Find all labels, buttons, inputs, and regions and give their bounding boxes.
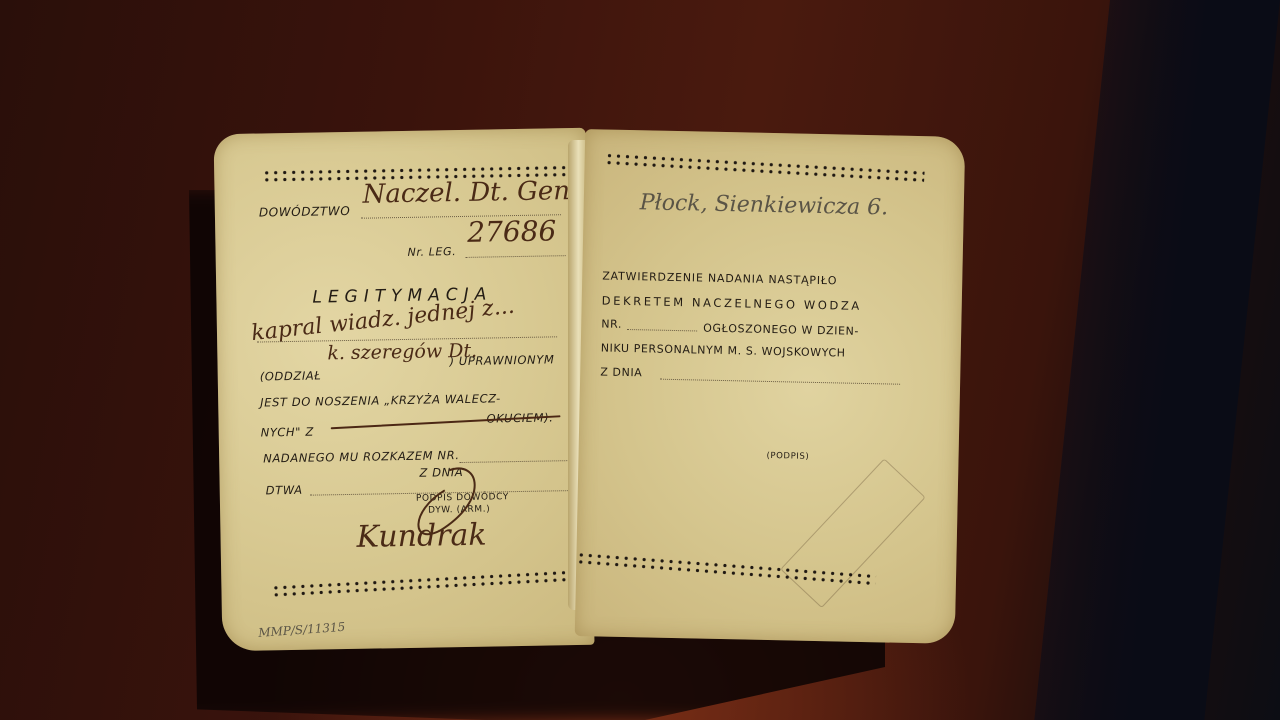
faded-stamp-outline — [780, 458, 926, 608]
reg-number-label: Nr. LEG. — [407, 245, 456, 259]
address-pencil: Płock, Sienkiewicza 6. — [640, 190, 889, 220]
line-wearing: JEST DO NOSZENIA „KRZYŻA WALECZ- — [260, 391, 501, 409]
approval-date-dotline — [660, 379, 900, 385]
signature-handwritten: Kundrak — [356, 518, 487, 555]
signature-label-right: (PODPIS) — [766, 451, 809, 462]
approval-line-3-rest: OGŁOSZONEGO W DZIEN- — [703, 322, 859, 338]
command-handwritten: Naczel. Dt. Gen. — [362, 176, 578, 210]
line-dtwa: DTWA — [266, 483, 303, 498]
left-page: DOWÓDZTWO Naczel. Dt. Gen. Nr. LEG. 2768… — [214, 128, 595, 651]
approval-line-3-label: NR. — [601, 317, 622, 330]
command-label: DOWÓDZTWO — [259, 204, 351, 220]
decree-number-dotline — [627, 329, 697, 331]
approval-line-4: NIKU PERSONALNYM M. S. WOJSKOWYCH — [601, 341, 846, 359]
right-page: Płock, Sienkiewicza 6. ZATWIERDZENIE NAD… — [575, 129, 966, 644]
background-shadow-right — [1034, 0, 1280, 720]
line-nych: NYCH" Z — [261, 425, 314, 440]
approval-line-2: DEKRETEM NACZELNEGO WODZA — [602, 293, 862, 312]
reg-number-handwritten: 27686 — [467, 214, 557, 249]
reg-number-dotline — [466, 255, 566, 258]
approval-line-5: Z DNIA — [600, 365, 642, 379]
perforation-bottom-left — [271, 569, 571, 599]
entitled-label: ) UPRAWNIONYM — [449, 352, 554, 368]
perforation-top-right — [604, 152, 924, 184]
inventory-number: MMP/S/11315 — [258, 620, 346, 640]
unit-label: (ODDZIAŁ — [260, 368, 322, 383]
approval-line-1: ZATWIERDZENIE NADANIA NASTĄPIŁO — [602, 269, 837, 287]
